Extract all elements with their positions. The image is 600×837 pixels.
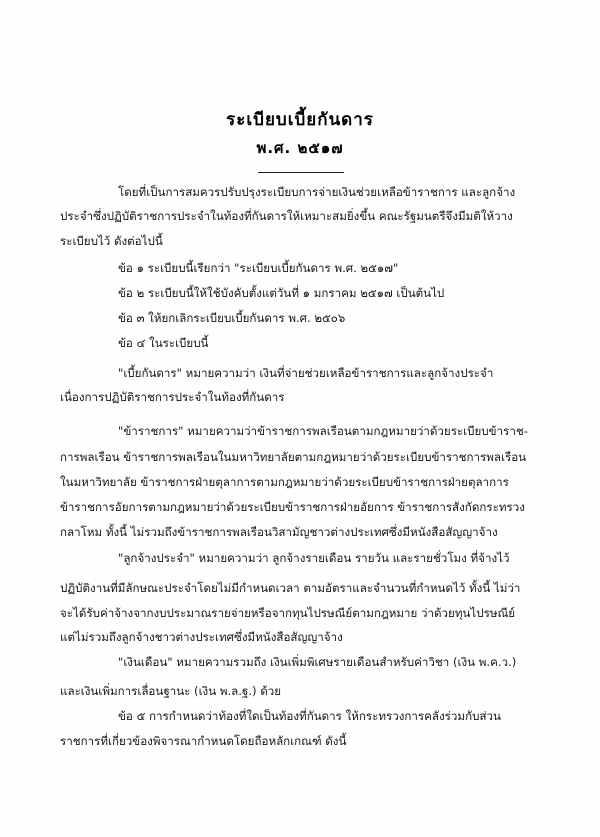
def-employee-line-2: ปฏิบัติงานที่มีลักษณะประจำโดยไม่มีกำหนดเ…	[60, 578, 520, 598]
clause-3: ข้อ ๓ ให้ยกเลิกระเบียบเบี้ยกันดาร พ.ศ. ๒…	[118, 308, 345, 328]
title-underline	[258, 172, 344, 173]
def-salary-line-1: "เงินเดือน" หมายความรวมถึง เงินเพิ่มพิเศ…	[118, 652, 516, 672]
def-employee-line-3: จะได้รับค่าจ้างจากงบประมาณรายจ่ายหรือจาก…	[60, 603, 515, 623]
def-official-line-2: การพลเรือน ข้าราชการพลเรือนในมหาวิทยาลัย…	[60, 447, 526, 467]
document-page: ระเบียบเบี้ยกันดาร พ.ศ. ๒๕๑๗ โดยที่เป็นก…	[0, 0, 600, 837]
def-allowance-line-1: "เบี้ยกันดาร" หมายความว่า เงินที่จ่ายช่ว…	[118, 363, 493, 383]
def-official-line-3: ในมหาวิทยาลัย ข้าราชการฝ่ายตุลาการตามกฎห…	[60, 472, 509, 492]
def-employee-line-4: แต่ไม่รวมถึงลูกจ้างชาวต่างประเทศซึ่งมีหน…	[60, 627, 343, 647]
def-salary-line-2: และเงินเพิ่มการเลื่อนฐานะ (เงิน พ.ล.ฐ.) …	[60, 681, 281, 701]
preamble-line-2: ประจำซึ่งปฏิบัติราชการประจำในท้องที่กันด…	[60, 206, 513, 226]
def-employee-line-1: "ลูกจ้างประจำ" หมายความว่า ลูกจ้างรายเดื…	[118, 548, 509, 568]
document-title: ระเบียบเบี้ยกันดาร	[0, 106, 600, 133]
def-official-line-1: "ข้าราชการ" หมายความว่าข้าราชการพลเรือนต…	[118, 421, 528, 441]
clause-5-line-2: ราชการที่เกี่ยวข้องพิจารณากำหนดโดยถือหลั…	[60, 731, 346, 751]
clause-4: ข้อ ๔ ในระเบียบนี้	[118, 333, 208, 353]
def-official-line-5: กลาโหม ทั้งนี้ ไม่รวมถึงข้าราชการพลเรือน…	[60, 522, 498, 542]
clause-1: ข้อ ๑ ระเบียบนี้เรียกว่า "ระเบียบเบี้ยกั…	[118, 258, 398, 278]
clause-2: ข้อ ๒ ระเบียบนี้ให้ใช้บังคับตั้งแต่วันที…	[118, 283, 444, 303]
preamble-line-1: โดยที่เป็นการสมควรปรับปรุงระเบียบการจ่าย…	[118, 182, 515, 202]
clause-5-line-1: ข้อ ๕ การกำหนดว่าท้องที่ใดเป็นท้องที่กัน…	[118, 706, 501, 726]
def-allowance-line-2: เนื่องการปฏิบัติราชการประจำในท้องที่กันด…	[60, 387, 285, 407]
document-year: พ.ศ. ๒๕๑๗	[0, 136, 600, 160]
def-official-line-4: ข้าราชการอัยการตามกฎหมายว่าด้วยระเบียบข้…	[60, 497, 525, 517]
preamble-line-3: ระเบียบไว้ ดังต่อไปนี้	[60, 231, 163, 251]
